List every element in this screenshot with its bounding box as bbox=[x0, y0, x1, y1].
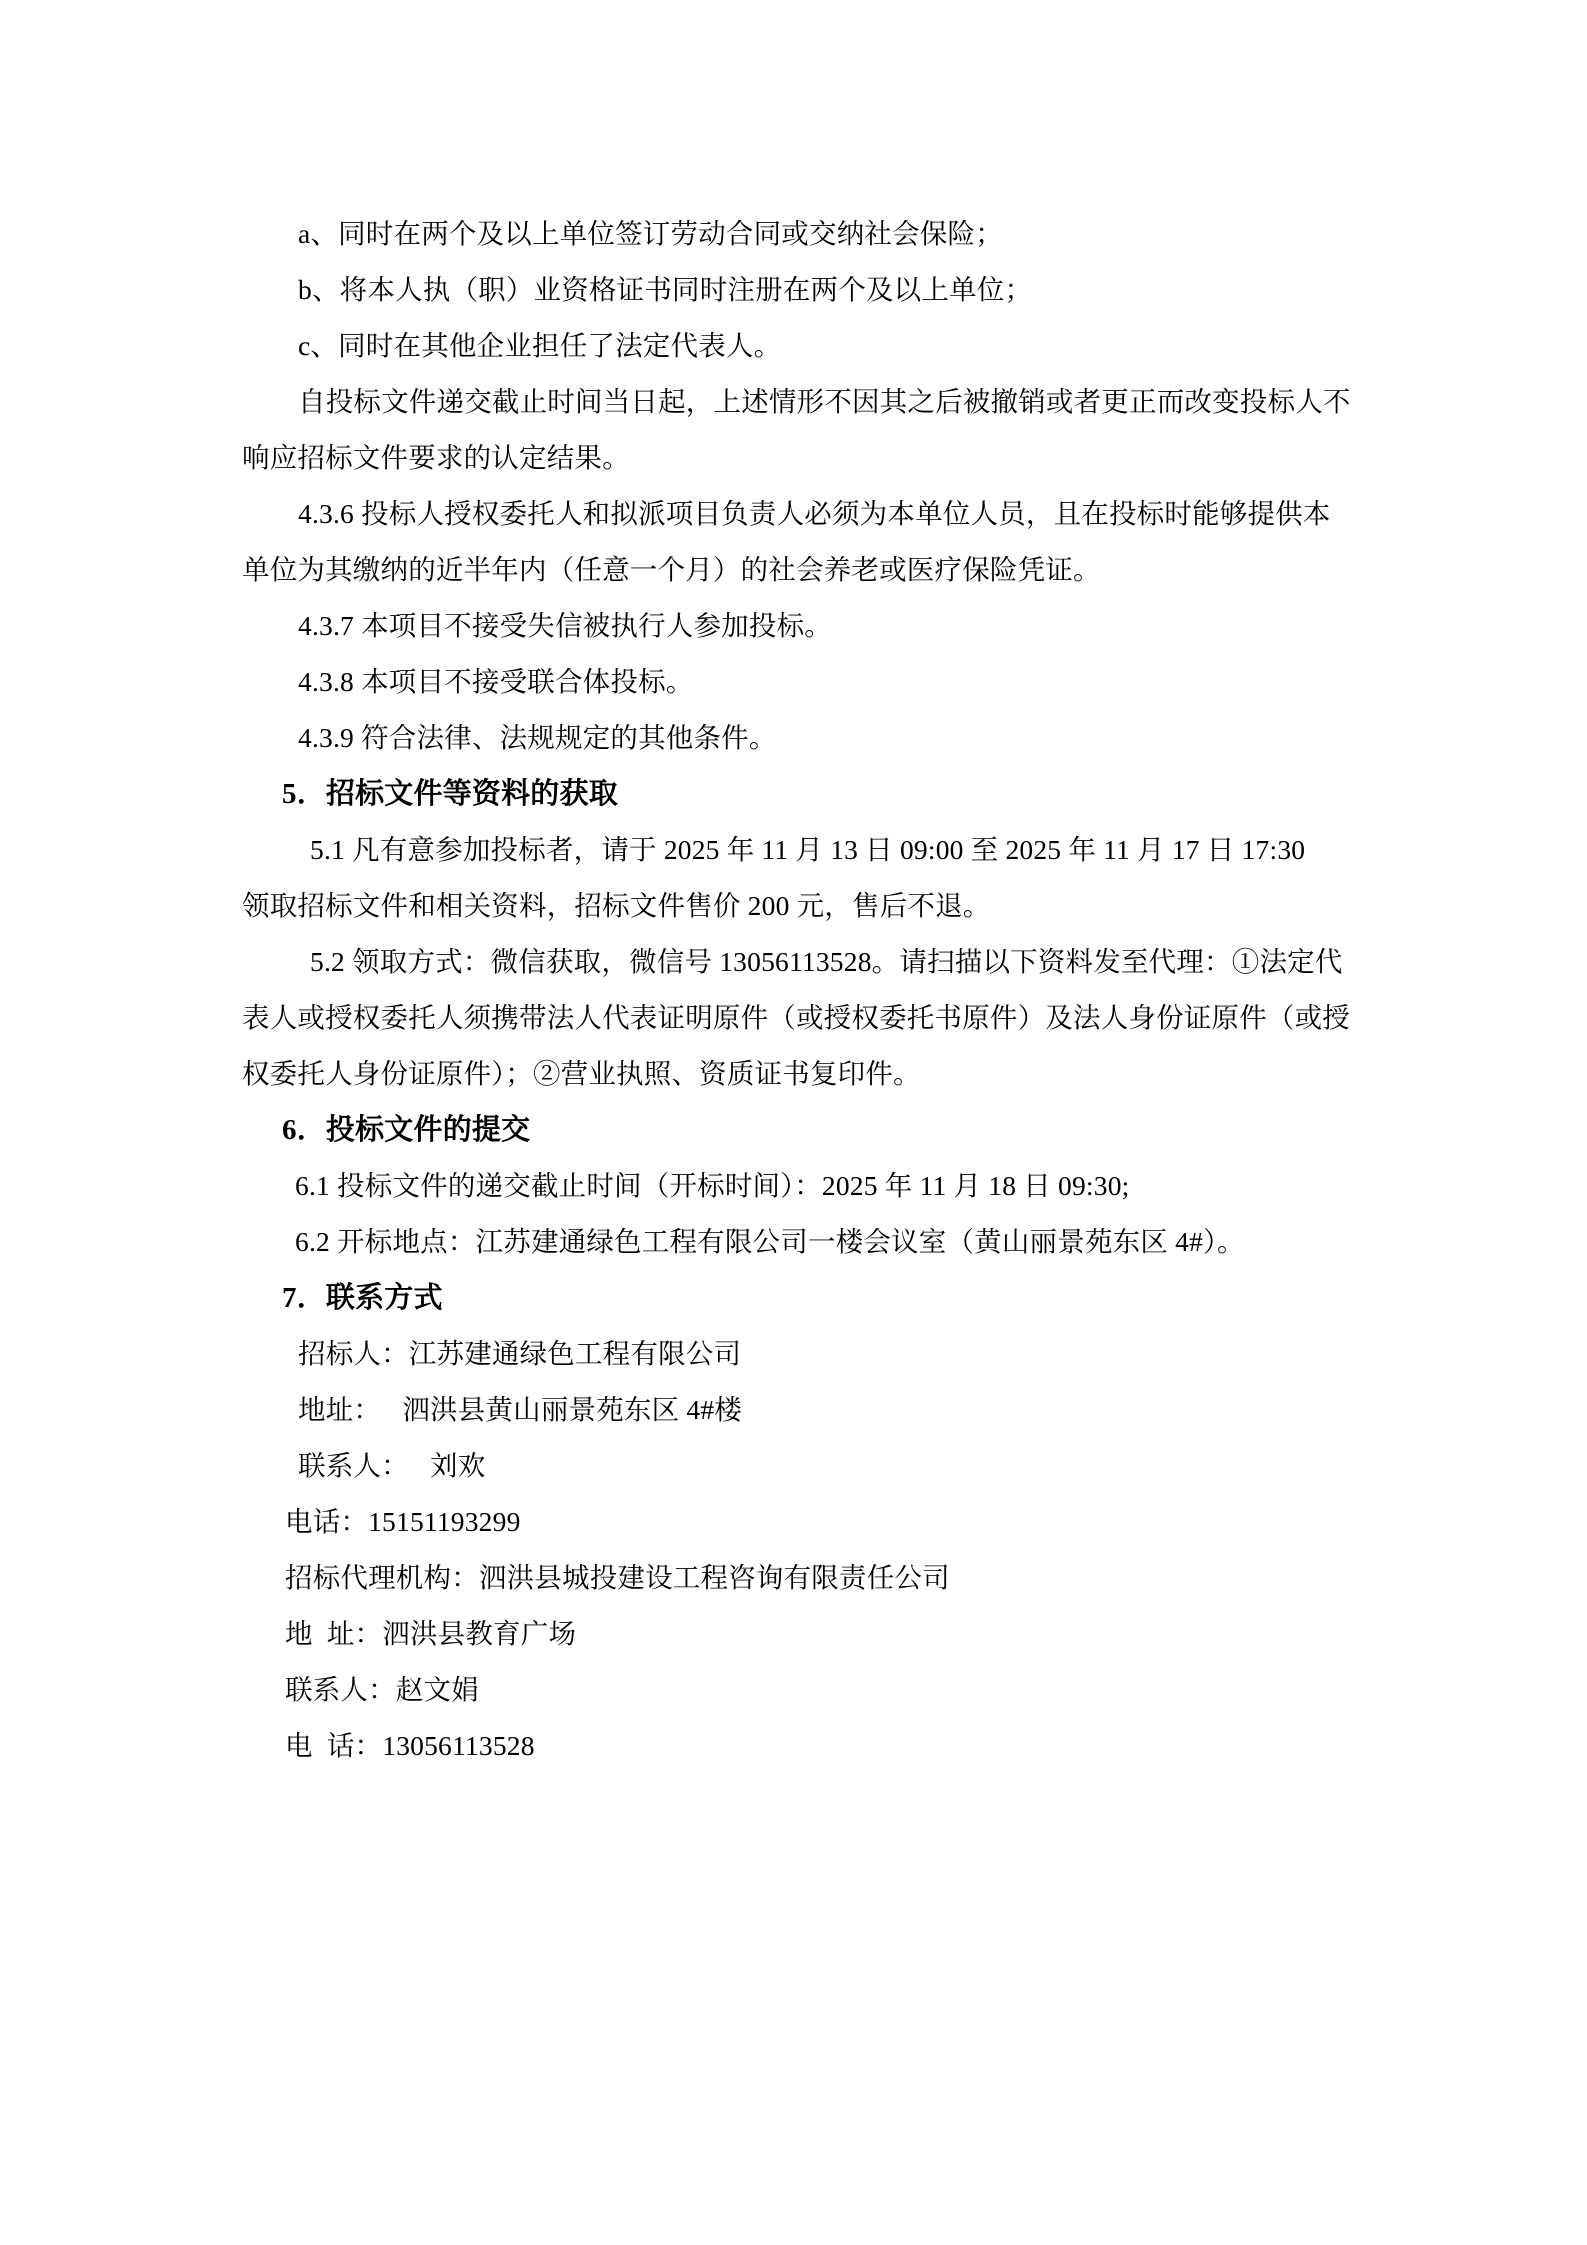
clause-4-3-6-line2: 单位为其缴纳的近半年内（任意一个月）的社会养老或医疗保险凭证。 bbox=[242, 542, 1347, 598]
document-page: a、同时在两个及以上单位签订劳动合同或交纳社会保险； b、将本人执（职）业资格证… bbox=[0, 0, 1587, 2245]
contact-tenderer-phone: 电话：15151193299 bbox=[242, 1494, 1347, 1550]
document-text-block: a、同时在两个及以上单位签订劳动合同或交纳社会保险； b、将本人执（职）业资格证… bbox=[242, 206, 1347, 1774]
clause-b: b、将本人执（职）业资格证书同时注册在两个及以上单位； bbox=[242, 262, 1347, 318]
section-5-heading: 5．招标文件等资料的获取 bbox=[242, 766, 1347, 822]
clause-5-2-line2: 表人或授权委托人须携带法人代表证明原件（或授权委托书原件）及法人身份证原件（或授 bbox=[242, 990, 1347, 1046]
clause-6-2: 6.2 开标地点：江苏建通绿色工程有限公司一楼会议室（黄山丽景苑东区 4#）。 bbox=[242, 1214, 1347, 1270]
contact-tenderer: 招标人：江苏建通绿色工程有限公司 bbox=[242, 1326, 1347, 1382]
contact-agency-person: 联系人：赵文娟 bbox=[242, 1662, 1347, 1718]
para-revocation-line2: 响应招标文件要求的认定结果。 bbox=[242, 430, 1347, 486]
clause-5-1-line2: 领取招标文件和相关资料，招标文件售价 200 元，售后不退。 bbox=[242, 878, 1347, 934]
clause-4-3-6-line1: 4.3.6 投标人授权委托人和拟派项目负责人必须为本单位人员，且在投标时能够提供… bbox=[242, 486, 1347, 542]
clause-c: c、同时在其他企业担任了法定代表人。 bbox=[242, 318, 1347, 374]
contact-tenderer-address: 地址： 泗洪县黄山丽景苑东区 4#楼 bbox=[242, 1382, 1347, 1438]
clause-5-2-line3: 权委托人身份证原件）；②营业执照、资质证书复印件。 bbox=[242, 1046, 1347, 1102]
clause-a: a、同时在两个及以上单位签订劳动合同或交纳社会保险； bbox=[242, 206, 1347, 262]
clause-4-3-8: 4.3.8 本项目不接受联合体投标。 bbox=[242, 654, 1347, 710]
contact-agency: 招标代理机构：泗洪县城投建设工程咨询有限责任公司 bbox=[242, 1550, 1347, 1606]
clause-6-1: 6.1 投标文件的递交截止时间（开标时间）：2025 年 11 月 18 日 0… bbox=[242, 1158, 1347, 1214]
clause-4-3-7: 4.3.7 本项目不接受失信被执行人参加投标。 bbox=[242, 598, 1347, 654]
contact-tenderer-person: 联系人： 刘欢 bbox=[242, 1438, 1347, 1494]
section-6-heading: 6．投标文件的提交 bbox=[242, 1102, 1347, 1158]
contact-agency-address: 地 址：泗洪县教育广场 bbox=[242, 1606, 1347, 1662]
section-7-heading: 7．联系方式 bbox=[242, 1270, 1347, 1326]
para-revocation-line1: 自投标文件递交截止时间当日起，上述情形不因其之后被撤销或者更正而改变投标人不 bbox=[242, 374, 1347, 430]
clause-4-3-9: 4.3.9 符合法律、法规规定的其他条件。 bbox=[242, 710, 1347, 766]
clause-5-2-line1: 5.2 领取方式：微信获取，微信号 13056113528。请扫描以下资料发至代… bbox=[242, 934, 1347, 990]
contact-agency-phone: 电 话：13056113528 bbox=[242, 1718, 1347, 1774]
clause-5-1-line1: 5.1 凡有意参加投标者，请于 2025 年 11 月 13 日 09:00 至… bbox=[242, 822, 1347, 878]
